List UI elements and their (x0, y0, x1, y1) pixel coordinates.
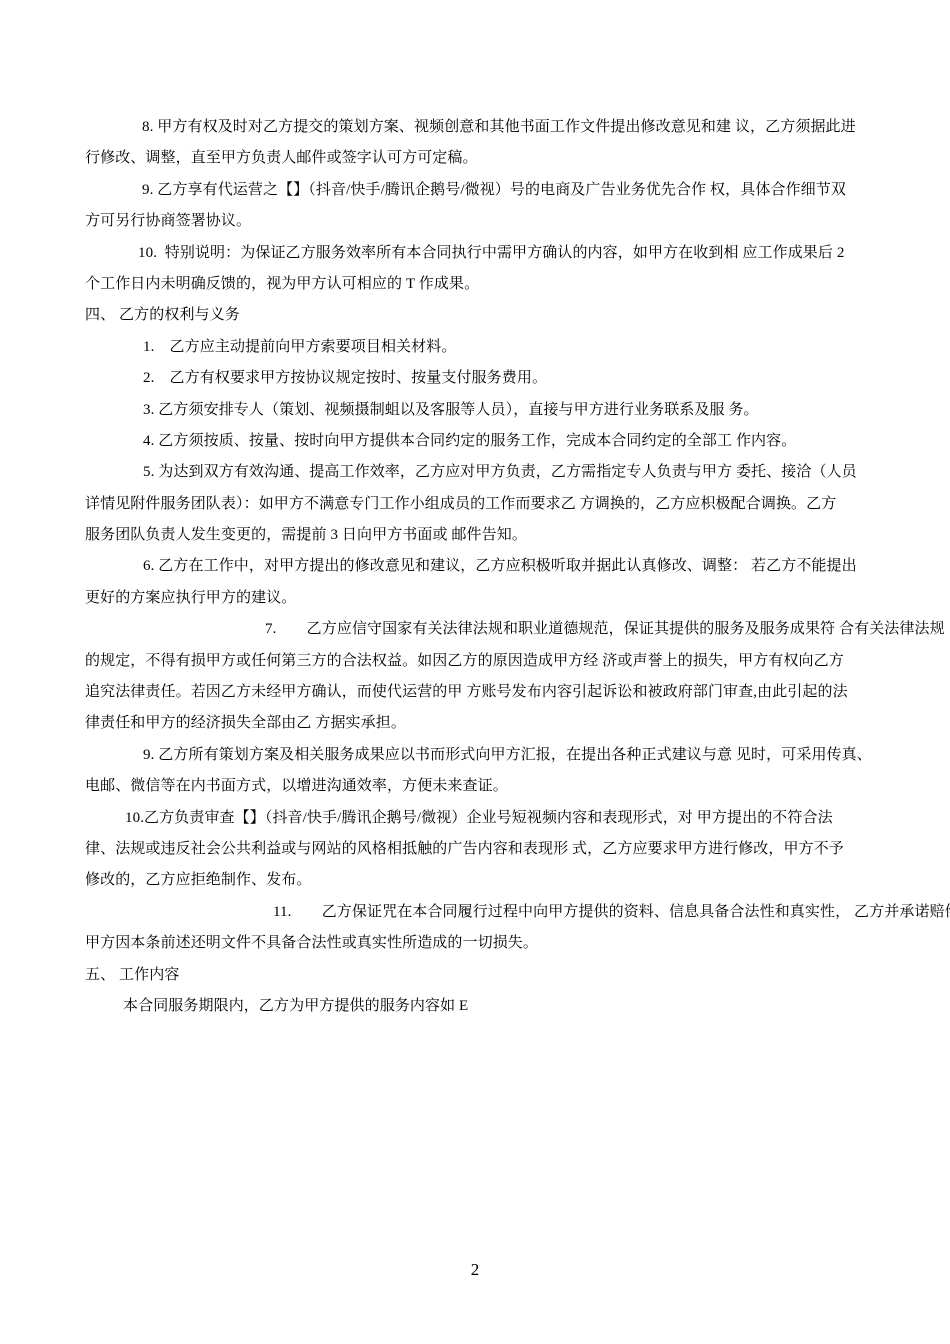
text-line: 10.乙方负责审查【】（抖音/快手/腾讯企鹅号/微视）企业号短视频内容和表现形式… (85, 803, 875, 834)
document-body: 8. 甲方有权及时对乙方提交的策划方案、视频创意和其他书面工作文件提出修改意见和… (85, 112, 875, 1022)
text-line: 1. 乙方应主动提前向甲方索要项目相关材料。 (85, 332, 875, 363)
text-line: 个工作日内未明确反馈的，视为甲方认可相应的 T 作成果。 (85, 269, 875, 300)
text-line: 5. 为达到双方有效沟通、提高工作效率，乙方应对甲方负责，乙方需指定专人负责与甲… (85, 457, 875, 488)
text-line: 10. 特别说明：为保证乙方服务效率所有本合同执行中需甲方确认的内容，如甲方在收… (85, 238, 875, 269)
text-line: 律、法规或违反社会公共利益或与网站的风格相抵触的广告内容和表现形 式，乙方应要求… (85, 834, 875, 865)
text-line: 服务团队负责人发生变更的，需提前 3 日向甲方书面或 邮件告知。 (85, 520, 875, 551)
text-line: 详情见附件服务团队表）：如甲方不满意专门工作小组成员的工作而要求乙 方调换的，乙… (85, 489, 875, 520)
document-page: 8. 甲方有权及时对乙方提交的策划方案、视频创意和其他书面工作文件提出修改意见和… (0, 0, 950, 1344)
page-number: 2 (0, 1260, 950, 1280)
text-line: 修改的，乙方应拒绝制作、发布。 (85, 865, 875, 896)
text-line: 8. 甲方有权及时对乙方提交的策划方案、视频创意和其他书面工作文件提出修改意见和… (85, 112, 875, 143)
text-line: 2. 乙方有权要求甲方按协议规定按时、按量支付服务费用。 (85, 363, 875, 394)
text-line: 电邮、微信等在内书面方式，以增进沟通效率，方便未来查证。 (85, 771, 875, 802)
text-line: 方可另行协商签署协议。 (85, 206, 875, 237)
text-line: 11. 乙方保证咒在本合同履行过程中向甲方提供的资料、信息具备合法性和真实性， … (85, 897, 875, 928)
text-line: 的规定，不得有损甲方或任何第三方的合法权益。如因乙方的原因造成甲方经 济或声誉上… (85, 646, 875, 677)
text-line: 甲方因本条前述还明文件不具备合法性或真实性所造成的一切损失。 (85, 928, 875, 959)
text-line: 4. 乙方须按质、按量、按时向甲方提供本合同约定的服务工作，完成本合同约定的全部… (85, 426, 875, 457)
text-line: 9. 乙方所有策划方案及相关服务成果应以书而形式向甲方汇报，在提出各种正式建议与… (85, 740, 875, 771)
text-line: 6. 乙方在工作中，对甲方提出的修改意见和建议，乙方应积极听取并据此认真修改、调… (85, 551, 875, 582)
text-line: 本合同服务期限内，乙方为甲方提供的服务内容如 E (85, 991, 875, 1022)
text-line: 四、 乙方的权利与义务 (85, 300, 875, 331)
text-line: 行修改、调整，直至甲方负责人邮件或签字认可方可定稿。 (85, 143, 875, 174)
text-line: 9. 乙方享有代运营之【】（抖音/快手/腾讯企鹅号/微视）号的电商及广告业务优先… (85, 175, 875, 206)
text-line: 追究法律责任。若因乙方未经甲方确认，而使代运营的甲 方账号发布内容引起诉讼和被政… (85, 677, 875, 708)
text-line: 3. 乙方须安排专人（策划、视频摄制蛆以及客服等人员），直接与甲方进行业务联系及… (85, 395, 875, 426)
text-line: 律责任和甲方的经济损失全部由乙 方据实承担。 (85, 708, 875, 739)
text-line: 更好的方案应执行甲方的建议。 (85, 583, 875, 614)
text-line: 7. 乙方应信守国家有关法律法规和职业道德规范，保证其提供的服务及服务成果符 合… (85, 614, 875, 645)
text-line: 五、 工作内容 (85, 960, 875, 991)
